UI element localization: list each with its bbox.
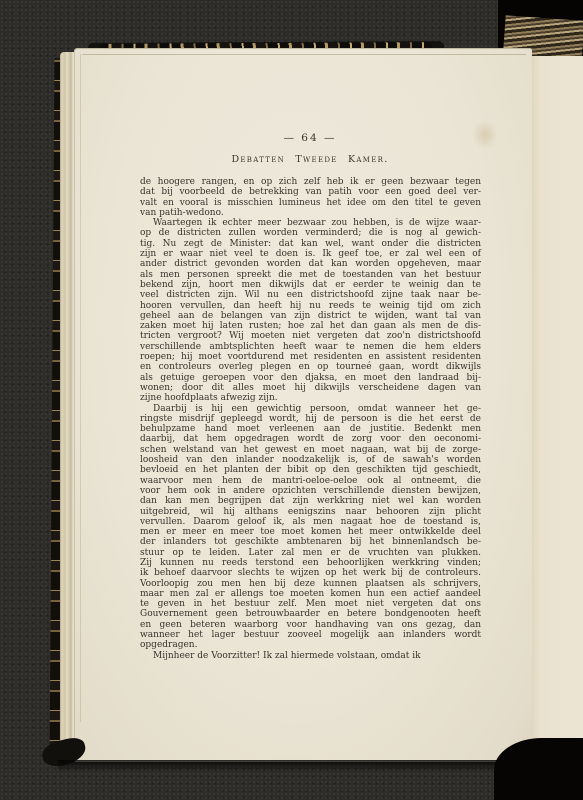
text-line: Mijnheer de Voorzitter! Ik zal hiermede … — [140, 651, 481, 661]
page-inner-edge-top — [82, 54, 526, 55]
facing-page — [528, 56, 583, 772]
text-line: tricten vergroot? Wij moeten niet verget… — [140, 331, 481, 341]
text-line: opgedragen. — [140, 640, 481, 650]
text-line: behulpzame hand moet verleenen aan de ju… — [140, 424, 481, 434]
text-line: Waartegen ik echter meer bezwaar zou heb… — [140, 218, 481, 228]
bottom-right-shadow — [494, 738, 583, 800]
text-line: zaken moet hij laten rusten; hoe zal het… — [140, 321, 481, 331]
running-head: Debatten Tweede Kamer. — [140, 154, 480, 165]
text-line: Zij kunnen nu reeds terstond een behoorl… — [140, 558, 481, 568]
text-line: op de districten zullen worden verminder… — [140, 228, 481, 238]
text-line: valt en vooral is misschien lumineus het… — [140, 198, 481, 208]
text-line: Gouvernement geen betrouwbaarder en bete… — [140, 609, 481, 619]
text-line: der inlanders tot geschikte ambtenaren b… — [140, 537, 481, 547]
text-line: loosheid van den inlander noodzakelijk i… — [140, 455, 481, 465]
text-line: als getuige geroepen voor den djaksa, en… — [140, 373, 481, 383]
text-line: en geen beteren waarborg voor handhaving… — [140, 620, 481, 630]
text-line: dan kan men begrijpen dat zijn werkkring… — [140, 496, 481, 506]
text-line: men er meer en meer toe moet komen het m… — [140, 527, 481, 537]
text-line: ik behoef daarvoor slechts te wijzen op … — [140, 568, 481, 578]
text-line: tig. Nu zegt de Minister: dat kan wel, w… — [140, 239, 481, 249]
book-page: — 64 — Debatten Tweede Kamer. de hoogere… — [74, 48, 532, 762]
text-line: roepen; hij moet voortdurend met residen… — [140, 352, 481, 362]
text-line: vervullen. Daarom geloof ik, als men nag… — [140, 517, 481, 527]
text-line: bekend zijn, hoort men dikwijls dat er e… — [140, 280, 481, 290]
text-line: als men personen spreekt die met de toes… — [140, 270, 481, 280]
text-line: zijne hoofdplaats afwezig zijn. — [140, 393, 481, 403]
text-line: Daarbij is hij een gewichtig persoon, om… — [140, 404, 481, 414]
text-line: uitgebreid, wil hij althans eenigszins n… — [140, 507, 481, 517]
text-line: wonen; door dit alles moet hij dikwijls … — [140, 383, 481, 393]
text-line: geheel aan de belangen van zijn district… — [140, 311, 481, 321]
text-line: dat bij voorbeeld de betrekking van pati… — [140, 187, 481, 197]
text-line: waarvoor men hem de mantri-oeloe-oeloe o… — [140, 476, 481, 486]
page-inner-edge-left — [80, 54, 81, 722]
text-line: veel districten zijn. Wil nu een distric… — [140, 290, 481, 300]
text-line: te geven in het bestuur zelf. Men moet n… — [140, 599, 481, 609]
text-line: zijn er waar niet veel te doen is. Ik ge… — [140, 249, 481, 259]
text-line: schen welstand van het gewest en moet na… — [140, 445, 481, 455]
text-line: voor hem ook in andere opzichten verschi… — [140, 486, 481, 496]
text-line: stuur op te leiden. Later zal men er de … — [140, 548, 481, 558]
text-line: ringste misdrijf gepleegd wordt, hij de … — [140, 414, 481, 424]
book-scan: — 64 — Debatten Tweede Kamer. de hoogere… — [0, 0, 583, 800]
text-line: hooren vervullen, dan heeft hij nu reeds… — [140, 301, 481, 311]
text-line: ander district gevonden worden dat kan w… — [140, 259, 481, 269]
text-line: verschillende ambtsplichten heeft waar t… — [140, 342, 481, 352]
text-line: wanneer het lager bestuur zooveel mogeli… — [140, 630, 481, 640]
text-line: daarbij, dat hem opgedragen wordt de zor… — [140, 434, 481, 444]
text-line: de hoogere rangen, en op zich zelf heb i… — [140, 177, 481, 187]
page-bottom-shadow — [58, 760, 516, 772]
text-line: van patih-wedono. — [140, 208, 481, 218]
text-line: maar men zal er allengs toe moeten komen… — [140, 589, 481, 599]
page-number: — 64 — — [140, 132, 480, 144]
text-line: bevloeid en het planten der bibit op den… — [140, 465, 481, 475]
text-line: Voorloopig zou men hen bij deze kunnen p… — [140, 579, 481, 589]
body-text: de hoogere rangen, en op zich zelf heb i… — [140, 177, 481, 661]
text-line: en controleurs overleg plegen en op tour… — [140, 362, 481, 372]
